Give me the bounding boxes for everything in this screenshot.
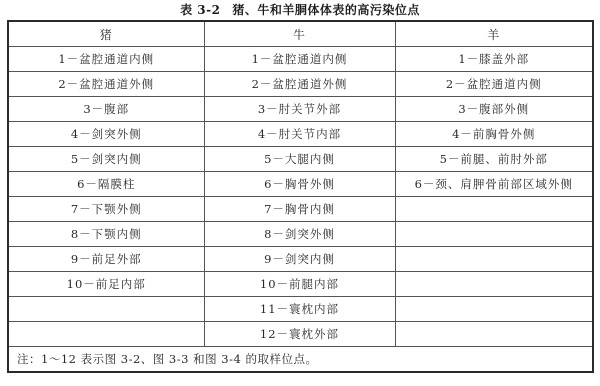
cell-pig: 5－剑突内侧 <box>8 147 204 172</box>
cell-sheep: 2－盆腔通道内侧 <box>395 72 593 97</box>
table-row: 6－隔膜柱 6－胸骨外侧 6－颈、肩胛骨前部区域外侧 <box>8 172 593 197</box>
cell-sheep <box>395 197 593 222</box>
contamination-sites-table: 猪 牛 羊 1－盆腔通道内侧 1－盆腔通道内侧 1－膝盖外部 2－盆腔通道外侧 … <box>7 20 594 373</box>
header-sheep: 羊 <box>395 21 593 47</box>
cell-sheep <box>395 247 593 272</box>
table-row: 11－寰枕内部 <box>8 297 593 322</box>
cell-sheep: 3－腹部外侧 <box>395 97 593 122</box>
table-row: 1－盆腔通道内侧 1－盆腔通道内侧 1－膝盖外部 <box>8 47 593 72</box>
cell-pig: 10－前足内部 <box>8 272 204 297</box>
cell-cattle: 3－肘关节外部 <box>204 97 395 122</box>
table-title: 猪、牛和羊胴体体表的高污染位点 <box>232 3 420 17</box>
cell-pig <box>8 322 204 347</box>
table-row: 9－前足外部 9－剑突内侧 <box>8 247 593 272</box>
table-caption: 表 3-2猪、牛和羊胴体体表的高污染位点 <box>0 0 600 20</box>
cell-cattle: 9－剑突内侧 <box>204 247 395 272</box>
cell-pig <box>8 297 204 322</box>
cell-cattle: 12－寰枕外部 <box>204 322 395 347</box>
table-row: 4－剑突外侧 4－肘关节内部 4－前胸骨外侧 <box>8 122 593 147</box>
table-row: 2－盆腔通道外侧 2－盆腔通道外侧 2－盆腔通道内侧 <box>8 72 593 97</box>
table-number: 表 3-2 <box>180 3 220 17</box>
cell-pig: 8－下颚内侧 <box>8 222 204 247</box>
cell-cattle: 1－盆腔通道内侧 <box>204 47 395 72</box>
cell-pig: 9－前足外部 <box>8 247 204 272</box>
cell-cattle: 5－大腿内侧 <box>204 147 395 172</box>
cell-sheep: 5－前腿、前肘外部 <box>395 147 593 172</box>
cell-pig: 6－隔膜柱 <box>8 172 204 197</box>
table-row: 7－下颚外侧 7－胸骨内侧 <box>8 197 593 222</box>
cell-cattle: 2－盆腔通道外侧 <box>204 72 395 97</box>
table-row: 5－剑突内侧 5－大腿内侧 5－前腿、前肘外部 <box>8 147 593 172</box>
cell-sheep: 6－颈、肩胛骨前部区域外侧 <box>395 172 593 197</box>
cell-cattle: 4－肘关节内部 <box>204 122 395 147</box>
cell-sheep: 4－前胸骨外侧 <box>395 122 593 147</box>
cell-sheep: 1－膝盖外部 <box>395 47 593 72</box>
cell-pig: 2－盆腔通道外侧 <box>8 72 204 97</box>
header-cattle: 牛 <box>204 21 395 47</box>
cell-pig: 3－腹部 <box>8 97 204 122</box>
cell-cattle: 6－胸骨外侧 <box>204 172 395 197</box>
header-row: 猪 牛 羊 <box>8 21 593 47</box>
cell-pig: 4－剑突外侧 <box>8 122 204 147</box>
cell-sheep <box>395 222 593 247</box>
table-note: 注：1～12 表示图 3-2、图 3-3 和图 3-4 的取样位点。 <box>8 347 593 373</box>
cell-sheep <box>395 272 593 297</box>
table-row: 3－腹部 3－肘关节外部 3－腹部外侧 <box>8 97 593 122</box>
cell-cattle: 11－寰枕内部 <box>204 297 395 322</box>
cell-pig: 7－下颚外侧 <box>8 197 204 222</box>
table-row: 10－前足内部 10－前腿内部 <box>8 272 593 297</box>
header-pig: 猪 <box>8 21 204 47</box>
table-row: 8－下颚内侧 8－剑突外侧 <box>8 222 593 247</box>
cell-cattle: 7－胸骨内侧 <box>204 197 395 222</box>
cell-cattle: 8－剑突外侧 <box>204 222 395 247</box>
cell-pig: 1－盆腔通道内侧 <box>8 47 204 72</box>
cell-cattle: 10－前腿内部 <box>204 272 395 297</box>
cell-sheep <box>395 322 593 347</box>
cell-sheep <box>395 297 593 322</box>
note-row: 注：1～12 表示图 3-2、图 3-3 和图 3-4 的取样位点。 <box>8 347 593 373</box>
table-row: 12－寰枕外部 <box>8 322 593 347</box>
